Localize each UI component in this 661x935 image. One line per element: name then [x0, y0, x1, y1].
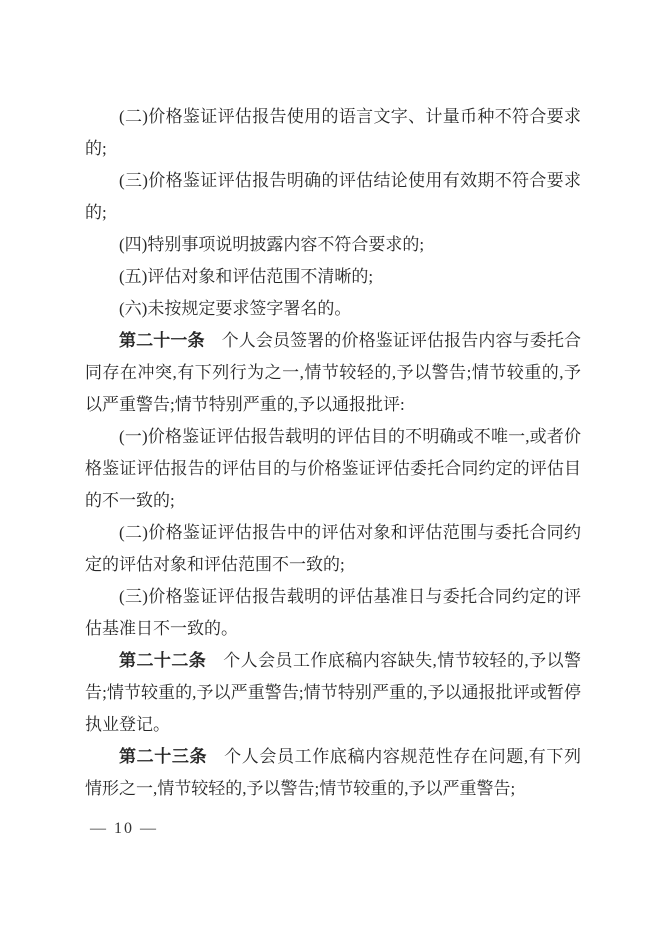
paragraph-text: (三)价格鉴证评估报告载明的评估基准日与委托合同约定的评估基准日不一致的。	[85, 587, 581, 638]
page-number: — 10 —	[90, 819, 158, 839]
paragraph: (五)评估对象和评估范围不清晰的;	[85, 261, 581, 293]
paragraph: (三)价格鉴证评估报告明确的评估结论使用有效期不符合要求的;	[85, 165, 581, 229]
paragraph: 第二十一条个人会员签署的价格鉴证评估报告内容与委托合同存在冲突,有下列行为之一,…	[85, 325, 581, 421]
article-number: 第二十三条	[119, 747, 207, 766]
paragraph-text: (一)价格鉴证评估报告载明的评估目的不明确或不唯一,或者价格鉴证评估报告的评估目…	[85, 427, 581, 510]
paragraph-text: (三)价格鉴证评估报告明确的评估结论使用有效期不符合要求的;	[85, 171, 581, 222]
paragraph: (三)价格鉴证评估报告载明的评估基准日与委托合同约定的评估基准日不一致的。	[85, 581, 581, 645]
article-number: 第二十二条	[119, 651, 206, 670]
document-body: (二)价格鉴证评估报告使用的语言文字、计量币种不符合要求的; (三)价格鉴证评估…	[85, 101, 581, 805]
paragraph: (一)价格鉴证评估报告载明的评估目的不明确或不唯一,或者价格鉴证评估报告的评估目…	[85, 421, 581, 517]
paragraph-text: (二)价格鉴证评估报告中的评估对象和评估范围与委托合同约定的评估对象和评估范围不…	[85, 523, 581, 574]
paragraph: (四)特别事项说明披露内容不符合要求的;	[85, 229, 581, 261]
paragraph-text: (四)特别事项说明披露内容不符合要求的;	[119, 235, 424, 254]
paragraph: 第二十三条个人会员工作底稿内容规范性存在问题,有下列情形之一,情节较轻的,予以警…	[85, 741, 581, 805]
paragraph-text: (五)评估对象和评估范围不清晰的;	[119, 267, 373, 286]
paragraph-text: (二)价格鉴证评估报告使用的语言文字、计量币种不符合要求的;	[85, 107, 581, 158]
document-page: (二)价格鉴证评估报告使用的语言文字、计量币种不符合要求的; (三)价格鉴证评估…	[0, 0, 661, 935]
paragraph: (六)未按规定要求签字署名的。	[85, 293, 581, 325]
paragraph-text: (六)未按规定要求签字署名的。	[119, 299, 351, 318]
article-number: 第二十一条	[119, 331, 205, 350]
paragraph: (二)价格鉴证评估报告使用的语言文字、计量币种不符合要求的;	[85, 101, 581, 165]
paragraph: 第二十二条个人会员工作底稿内容缺失,情节较轻的,予以警告;情节较重的,予以严重警…	[85, 645, 581, 741]
paragraph: (二)价格鉴证评估报告中的评估对象和评估范围与委托合同约定的评估对象和评估范围不…	[85, 517, 581, 581]
